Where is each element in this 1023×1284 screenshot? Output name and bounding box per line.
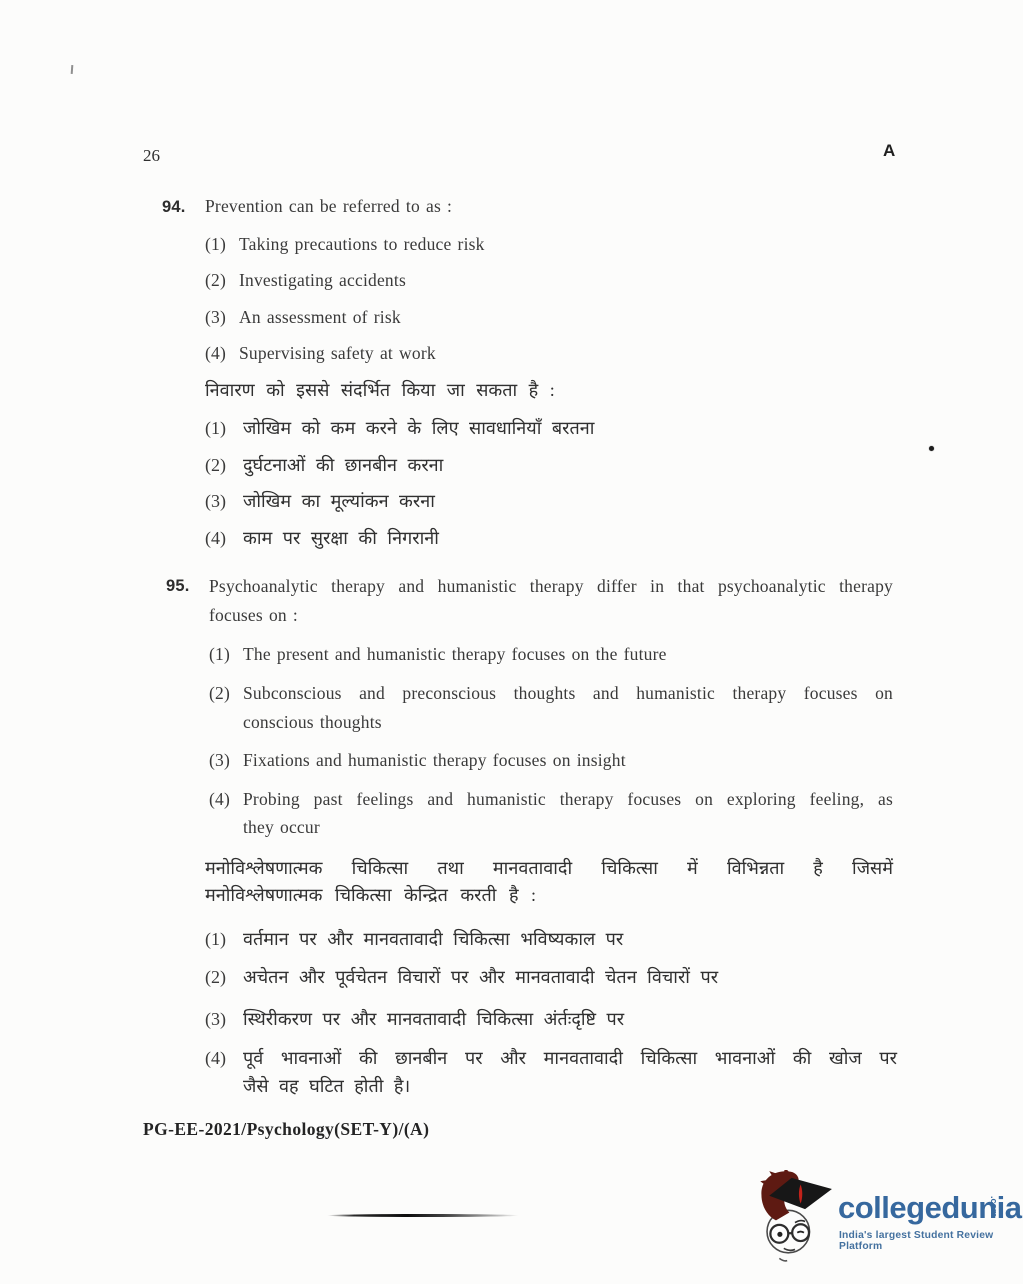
q95-option-4-en: (4) Probing past feelings and humanistic… bbox=[209, 789, 893, 811]
q94-option-2-hi: (2) दुर्घटनाओं की छानबीन करना bbox=[205, 454, 443, 477]
q94-option-1-en: (1) Taking precautions to reduce risk bbox=[205, 234, 485, 256]
question-number: 95. bbox=[166, 576, 209, 597]
q95-option-3-en: (3) Fixations and humanistic therapy foc… bbox=[209, 750, 626, 772]
question-95-stem-hindi-line-2: मनोविश्लेषणात्मक चिकित्सा केन्द्रित करती… bbox=[205, 884, 536, 907]
q94-option-3-en: (3) An assessment of risk bbox=[205, 307, 401, 329]
question-95-stem-line-2: focuses on : bbox=[209, 605, 298, 627]
option-number: (1) bbox=[205, 928, 243, 951]
q94-option-2-en: (2) Investigating accidents bbox=[205, 270, 406, 292]
option-number: (3) bbox=[209, 750, 243, 772]
question-95-stem-hindi-line-1: मनोविश्लेषणात्मक चिकित्सा तथा मानवतावादी… bbox=[205, 857, 893, 880]
option-number: (3) bbox=[205, 307, 239, 329]
scanned-exam-page: 26 A 94.Prevention can be referred to as… bbox=[0, 0, 1023, 1284]
option-text: Taking precautions to reduce risk bbox=[239, 234, 485, 256]
option-text: स्थिरीकरण पर और मानवतावादी चिकित्सा अंर्… bbox=[243, 1008, 624, 1031]
option-number: (1) bbox=[205, 417, 243, 440]
q95-option-2-en: (2) Subconscious and preconscious though… bbox=[209, 683, 893, 705]
collegedunia-domain-text: .com bbox=[989, 1196, 999, 1217]
set-code-letter: A bbox=[883, 141, 895, 161]
scan-artifact-tick bbox=[71, 65, 74, 74]
question-stem-line-1: Psychoanalytic therapy and humanistic th… bbox=[209, 576, 893, 598]
scan-artifact-dot bbox=[929, 446, 934, 451]
option-text-line-1: पूर्व भावनाओं की छानबीन पर और मानवतावादी… bbox=[243, 1047, 897, 1070]
option-text: दुर्घटनाओं की छानबीन करना bbox=[243, 454, 443, 477]
question-94-stem-hindi: निवारण को इससे संदर्भित किया जा सकता है … bbox=[205, 379, 555, 402]
page-number: 26 bbox=[143, 146, 160, 166]
q94-option-1-hi: (1) जोखिम को कम करने के लिए सावधानियाँ ब… bbox=[205, 417, 594, 440]
option-number: (3) bbox=[205, 1008, 243, 1031]
collegedunia-mascot-icon bbox=[752, 1170, 838, 1264]
option-number: (4) bbox=[205, 1047, 243, 1070]
q95-option-1-hi: (1) वर्तमान पर और मानवतावादी चिकित्सा भव… bbox=[205, 928, 623, 951]
option-number: (4) bbox=[209, 789, 243, 811]
option-text: Investigating accidents bbox=[239, 270, 406, 292]
option-text: अचेतन और पूर्वचेतन विचारों पर और मानवताव… bbox=[243, 966, 718, 989]
collegedunia-tagline: India's largest Student Review Platform bbox=[839, 1230, 1014, 1252]
q95-option-4-hi: (4) पूर्व भावनाओं की छानबीन पर और मानवता… bbox=[205, 1047, 897, 1070]
option-text: Supervising safety at work bbox=[239, 343, 436, 365]
option-number: (1) bbox=[205, 234, 239, 256]
collegedunia-watermark: collegedunia .com India's largest Studen… bbox=[752, 1170, 1014, 1266]
option-text: वर्तमान पर और मानवतावादी चिकित्सा भविष्य… bbox=[243, 928, 623, 951]
footer-divider-line bbox=[327, 1214, 519, 1217]
option-text: An assessment of risk bbox=[239, 307, 401, 329]
q94-option-4-en: (4) Supervising safety at work bbox=[205, 343, 436, 365]
q95-option-2-en-line-2: conscious thoughts bbox=[243, 712, 382, 734]
question-stem-text: Prevention can be referred to as : bbox=[205, 196, 452, 216]
question-number: 94. bbox=[162, 197, 205, 218]
option-number: (4) bbox=[205, 343, 239, 365]
option-text: जोखिम को कम करने के लिए सावधानियाँ बरतना bbox=[243, 417, 594, 440]
option-text: Fixations and humanistic therapy focuses… bbox=[243, 750, 626, 772]
option-number: (2) bbox=[205, 454, 243, 477]
option-number: (1) bbox=[209, 644, 243, 666]
q95-option-2-hi: (2) अचेतन और पूर्वचेतन विचारों पर और मान… bbox=[205, 966, 718, 989]
option-number: (2) bbox=[205, 966, 243, 989]
option-number: (2) bbox=[209, 683, 243, 705]
question-94-stem: 94.Prevention can be referred to as : bbox=[162, 196, 452, 218]
option-text: काम पर सुरक्षा की निगरानी bbox=[243, 527, 439, 550]
question-95-stem: 95. Psychoanalytic therapy and humanisti… bbox=[166, 576, 893, 598]
option-number: (2) bbox=[205, 270, 239, 292]
option-text: जोखिम का मूल्यांकन करना bbox=[243, 490, 435, 513]
option-text-line-1: Probing past feelings and humanistic the… bbox=[243, 789, 893, 811]
option-text-line-1: Subconscious and preconscious thoughts a… bbox=[243, 683, 893, 705]
q95-option-4-hi-line-2: जैसे वह घटित होती है। bbox=[243, 1075, 410, 1098]
q94-option-3-hi: (3) जोखिम का मूल्यांकन करना bbox=[205, 490, 435, 513]
paper-code: PG-EE-2021/Psychology(SET-Y)/(A) bbox=[143, 1119, 429, 1140]
option-text: The present and humanistic therapy focus… bbox=[243, 644, 667, 666]
q94-option-4-hi: (4) काम पर सुरक्षा की निगरानी bbox=[205, 527, 439, 550]
q95-option-3-hi: (3) स्थिरीकरण पर और मानवतावादी चिकित्सा … bbox=[205, 1008, 624, 1031]
option-number: (3) bbox=[205, 490, 243, 513]
q95-option-4-en-line-2: they occur bbox=[243, 817, 320, 839]
q95-option-1-en: (1) The present and humanistic therapy f… bbox=[209, 644, 667, 666]
option-number: (4) bbox=[205, 527, 243, 550]
